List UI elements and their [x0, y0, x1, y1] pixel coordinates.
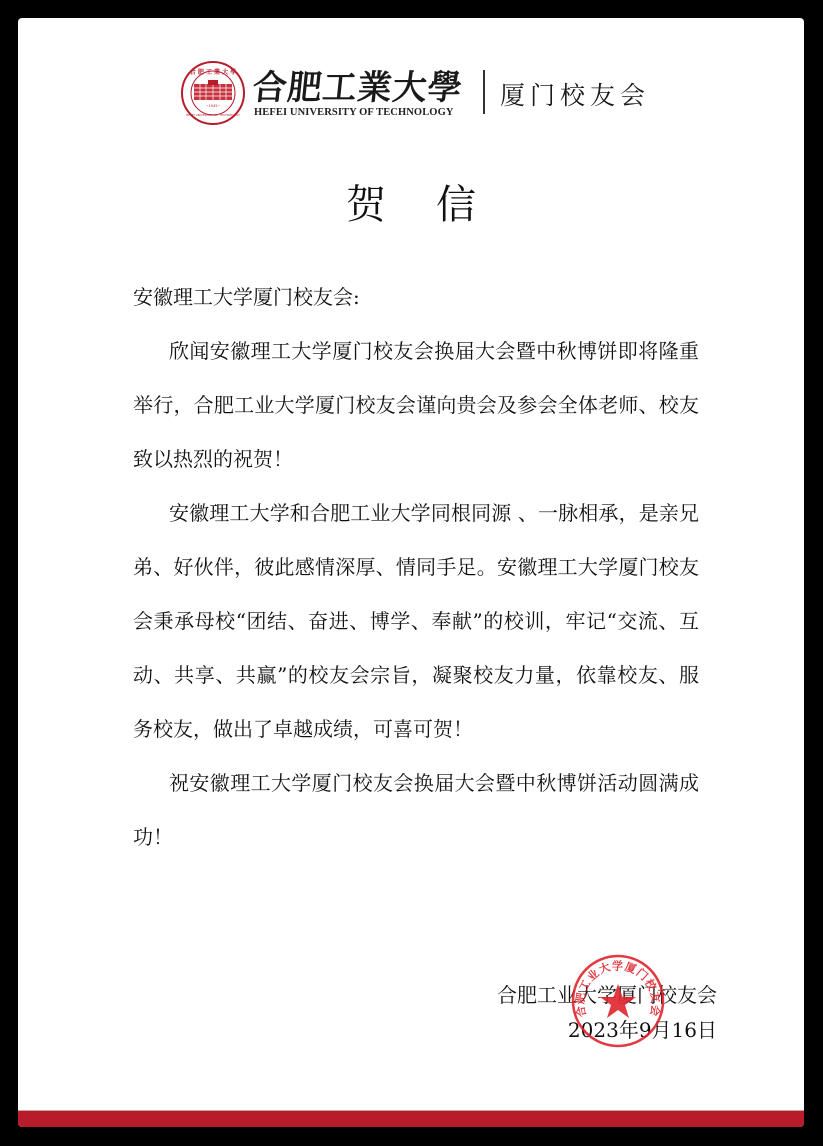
university-name-calligraphy: 合肥工業大學: [250, 60, 465, 109]
svg-text:HEFEI UNIVERSITY OF TECHNOLOGY: HEFEI UNIVERSITY OF TECHNOLOGY: [186, 113, 240, 117]
letterhead: 合 肥 工 業 大 學 ~1945~ HEFEI UNIVERSITY OF T…: [178, 58, 658, 138]
official-stamp-icon: 合肥工业大学厦门校友会: [570, 953, 666, 1049]
letter-page: 合 肥 工 業 大 學 ~1945~ HEFEI UNIVERSITY OF T…: [18, 18, 804, 1127]
salutation: 安徽理工大学厦门校友会:: [133, 270, 699, 324]
title-char-1: 贺: [346, 173, 386, 230]
header-divider: [483, 70, 485, 114]
university-seal-icon: 合 肥 工 業 大 學 ~1945~ HEFEI UNIVERSITY OF T…: [180, 60, 246, 126]
svg-text:合 肥 工 業 大 學: 合 肥 工 業 大 學: [190, 68, 236, 76]
university-name-english: HEFEI UNIVERSITY OF TECHNOLOGY: [254, 107, 454, 118]
branch-name: 厦门校友会: [500, 76, 650, 112]
footer-accent-bar: [18, 1110, 804, 1127]
paragraph-2: 安徽理工大学和合肥工业大学同根同源 、一脉相承，是亲兄弟、好伙伴，彼此感情深厚、…: [133, 486, 699, 756]
letter-title: 贺信: [18, 173, 804, 230]
letter-body: 安徽理工大学厦门校友会: 欣闻安徽理工大学厦门校友会换届大会暨中秋博饼即将隆重举…: [133, 270, 699, 864]
svg-text:~1945~: ~1945~: [206, 104, 221, 108]
paragraph-3: 祝安徽理工大学厦门校友会换届大会暨中秋博饼活动圆满成功！: [133, 756, 699, 864]
title-char-2: 信: [436, 173, 476, 230]
paragraph-1: 欣闻安徽理工大学厦门校友会换届大会暨中秋博饼即将隆重举行，合肥工业大学厦门校友会…: [133, 324, 699, 486]
